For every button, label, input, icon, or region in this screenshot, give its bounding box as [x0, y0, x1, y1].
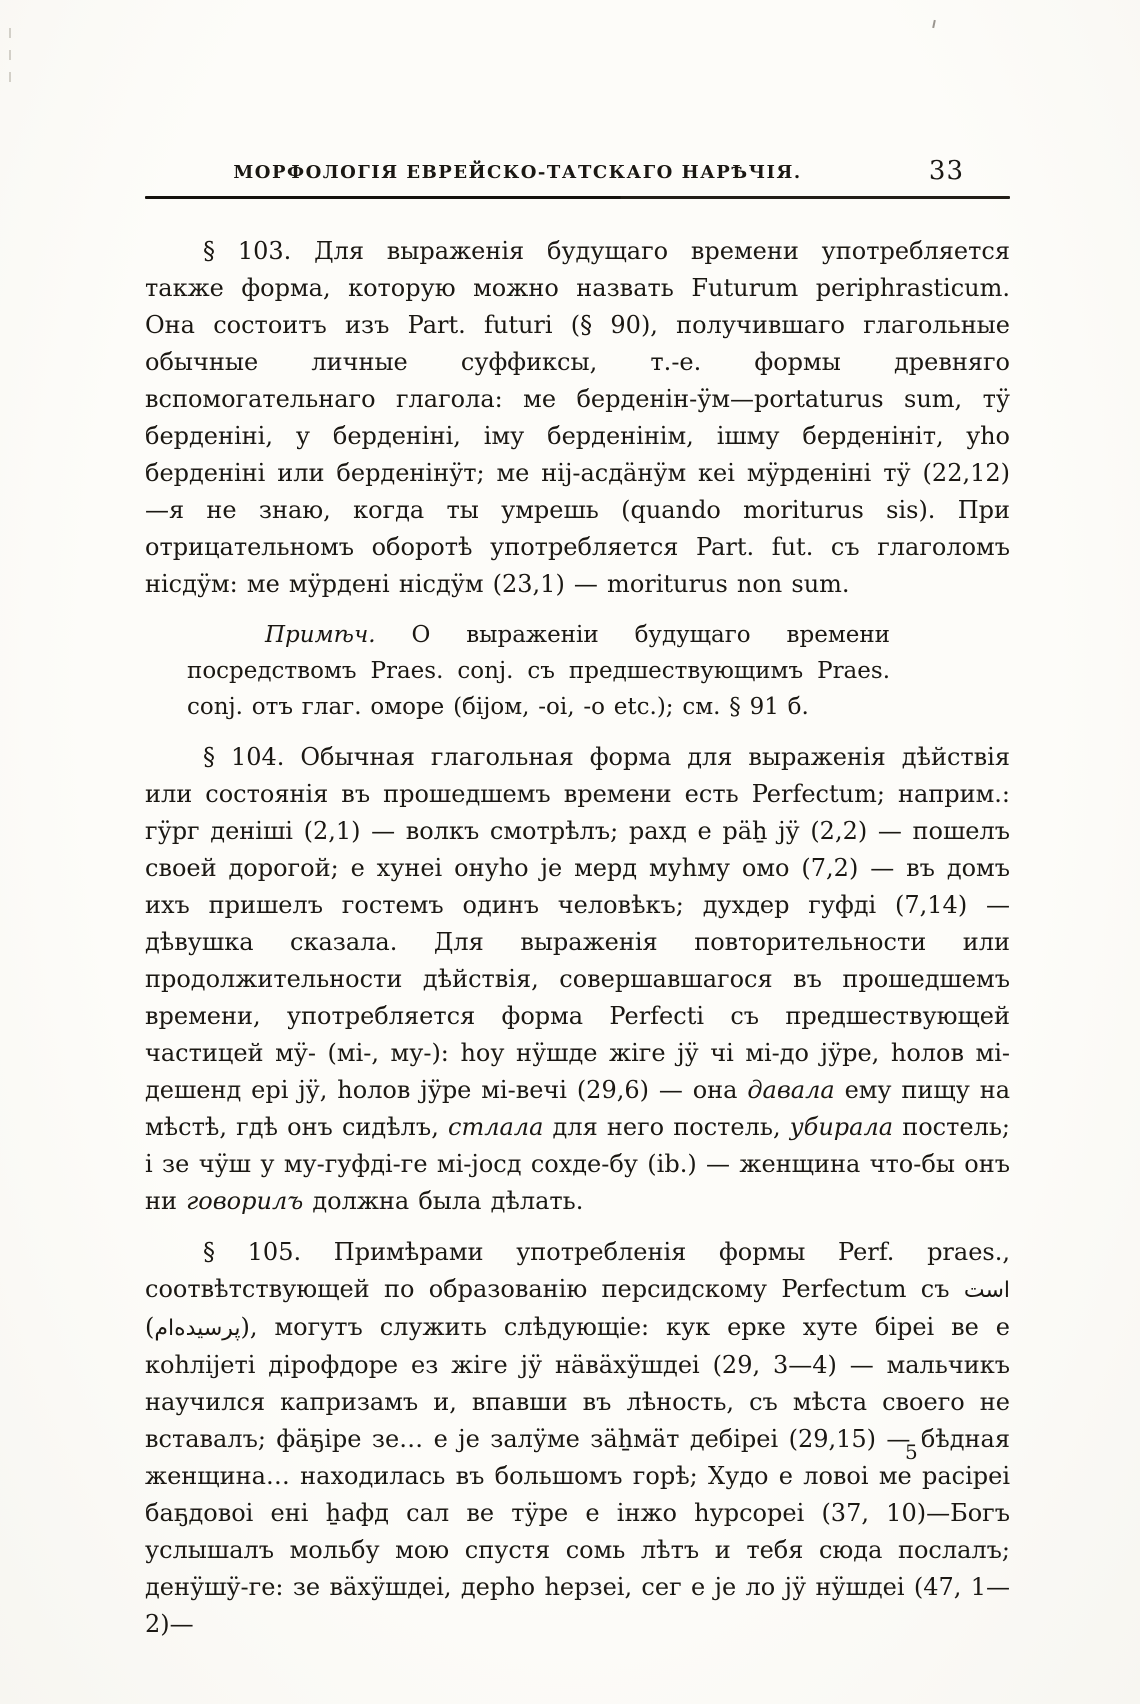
- arabic-text-segment: است: [964, 1278, 1010, 1303]
- arabic-text-segment: پرسیده‌ام: [154, 1316, 240, 1341]
- paragraph-103: § 103. Для выраженія будущаго времени уп…: [145, 233, 1010, 603]
- book-page: МОРФОЛОГІЯ ЕВРЕЙСКО-ТАТСКАГО НАРѢЧІЯ. 33…: [0, 0, 1140, 1704]
- signature-mark: 5: [905, 1440, 918, 1464]
- paragraph-104: § 104. Обычная глагольная форма для выра…: [145, 739, 1010, 1220]
- running-header: МОРФОЛОГІЯ ЕВРЕЙСКО-ТАТСКАГО НАРѢЧІЯ. 33: [145, 160, 1010, 194]
- scan-speck: [932, 20, 936, 28]
- page-body: § 103. Для выраженія будущаго времени уп…: [145, 233, 1010, 1643]
- text-segment: § 103. Для выраженія будущаго времени уп…: [145, 237, 1010, 598]
- italic-text-segment: убирала: [790, 1113, 893, 1141]
- text-segment: § 105. Примѣрами употребленія формы Perf…: [145, 1238, 1010, 1303]
- text-segment: § 104. Обычная глагольная форма для выра…: [145, 743, 1010, 1104]
- italic-text-segment: говорилъ: [186, 1187, 303, 1215]
- text-segment: (: [145, 1313, 154, 1341]
- text-segment: для него постель,: [543, 1113, 789, 1141]
- italic-text-segment: давала: [747, 1076, 834, 1104]
- header-rule: [145, 196, 1010, 199]
- italic-text-segment: стлала: [448, 1113, 543, 1141]
- page-number: 33: [929, 156, 964, 186]
- running-title: МОРФОЛОГІЯ ЕВРЕЙСКО-ТАТСКАГО НАРѢЧІЯ.: [233, 162, 801, 183]
- scan-margin-marks: [9, 28, 11, 92]
- paragraph-105: § 105. Примѣрами употребленія формы Perf…: [145, 1234, 1010, 1643]
- note-paragraph: Примѣч. О выраженіи будущаго времени пос…: [187, 617, 890, 725]
- italic-text-segment: Примѣч.: [265, 622, 376, 648]
- text-segment: должна была дѣлать.: [303, 1187, 583, 1215]
- text-segment: ), могутъ служить слѣдующіе: кук ерке ху…: [145, 1313, 1010, 1638]
